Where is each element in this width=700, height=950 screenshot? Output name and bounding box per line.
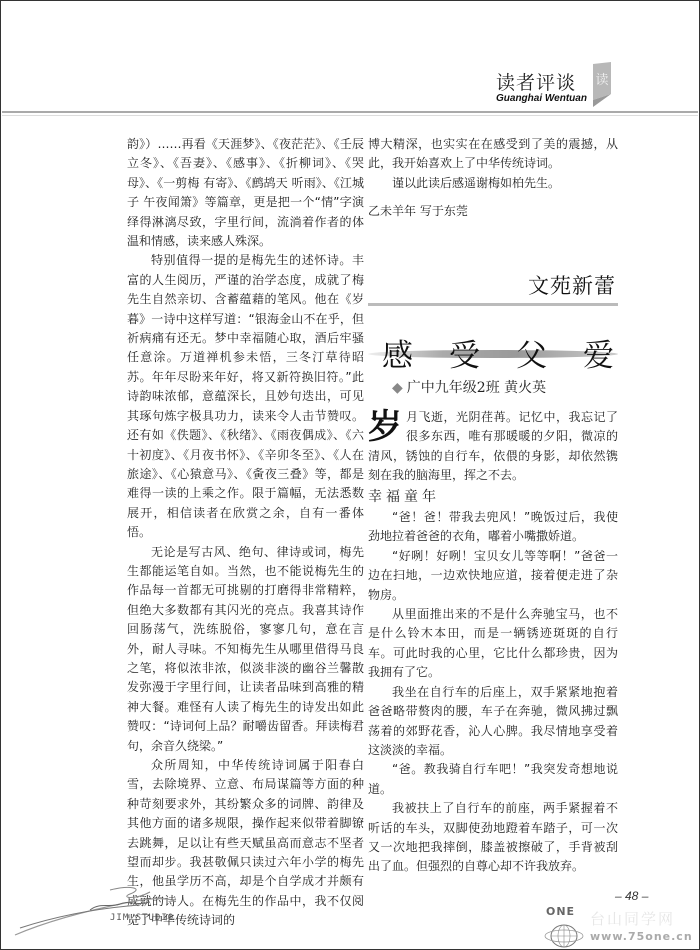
page-number: – 48 – [615,889,648,903]
article-subheading: 幸福童年 [368,488,618,507]
svg-text:读: 读 [595,72,608,88]
paragraph: 我坐在自行车的后座上，双手紧紧地抱着爸爸略带赘肉的腰，车子在奔驰，微风拂过飘荡着… [368,683,618,761]
diamond-bullet-icon: ◆ [392,380,403,396]
paragraph: 我被扶上了自行车的前座，两手紧握着不听话的车头，双脚使劲地蹬着车踏子，可一次又一… [368,799,618,877]
section-divider [368,303,618,306]
title-char: 感 [382,330,413,375]
intro-paragraph: 岁月飞逝，光阴荏苒。记忆中，我忘记了很多东西，唯有那暖暖的夕阳，微凉的清风，锈蚀… [368,408,618,486]
signature-swoosh-icon [10,880,190,940]
studio-logo: JIM STUDIO [10,880,190,940]
drop-cap: 岁 [368,410,402,444]
article-title: 感 受 父 爱 [382,330,614,375]
signature: 乙未羊年 写于东莞 [368,202,618,221]
section-heading: 文苑新蕾 [368,270,616,300]
paragraph: “爸！爸！带我去兜风！”晚饭过后，我使劲地拉着爸爸的衣角，嘟着小嘴撒娇道。 [368,508,618,547]
site-watermark-logo: ONE 台山同学网 www.75one.cn [540,905,700,950]
author-name: 广中九年级2班 黄火英 [407,380,546,396]
paragraph: 博大精深，也实实在在感受到了美的震撼，从此，我开始喜欢上了中华传统诗词。 [368,135,618,174]
article-body: 岁月飞逝，光阴荏苒。记忆中，我忘记了很多东西，唯有那暖暖的夕阳，微凉的清风，锈蚀… [368,408,618,877]
site-watermark-text: 台山同学网 [590,908,675,929]
read-badge-icon: 读 [591,62,611,107]
paragraph: “爸。教我骑自行车吧！”我突发奇想地说道。 [368,760,618,799]
section-header-title: 读者评谈 [496,68,576,95]
article-author: ◆广中九年级2班 黄火英 [392,377,546,397]
paragraph: 特别值得一提的是梅先生的述怀诗。丰富的人生阅历，严谨的治学态度，成就了梅先生自然… [127,251,364,542]
paragraph: 从里面推出来的不是什么奔驰宝马，也不是什么铃木本田，而是一辆锈迹斑斑的自行车。可… [368,605,618,683]
header-divider-thin [2,115,698,116]
paragraph: “好咧！好咧！宝贝女儿等等啊！”爸爸一边在扫地，一边欢快地应道，接着便走进了杂物… [368,547,618,605]
header-divider [2,111,698,113]
paragraph: 韵》）……再看《天涯梦》、《夜茫茫》、《壬辰立冬》、《吾妻》、《感事》、《折柳词… [127,135,364,251]
article-title-block: 感 受 父 爱 [368,330,618,374]
intro-text: 月飞逝，光阴荏苒。记忆中，我忘记了很多东西，唯有那暖暖的夕阳，微凉的清风，锈蚀的… [368,410,618,482]
section-header-subtitle: Guanghai Wentuan [496,93,587,104]
paragraph: 无论是写古风、绝句、律诗或词，梅先生都能运笔自如。当然，也不能说梅先生的作品每一… [127,543,364,756]
right-column-article-ending: 博大精深，也实实在在感受到了美的震撼，从此，我开始喜欢上了中华传统诗词。 谨以此… [368,135,618,222]
one-logo-text: ONE [546,905,575,918]
left-column-article: 韵》）……再看《天涯梦》、《夜茫茫》、《壬辰立冬》、《吾妻》、《感事》、《折柳词… [127,135,364,931]
title-char: 爱 [583,330,614,375]
globe-icon [544,919,584,949]
paragraph: 谨以此读后感遥谢梅如柏先生。 [368,174,618,193]
site-url: www.75one.cn [590,930,693,943]
studio-logo-text: JIM STUDIO [110,913,174,923]
title-char: 父 [516,330,547,375]
title-char: 受 [449,330,480,375]
